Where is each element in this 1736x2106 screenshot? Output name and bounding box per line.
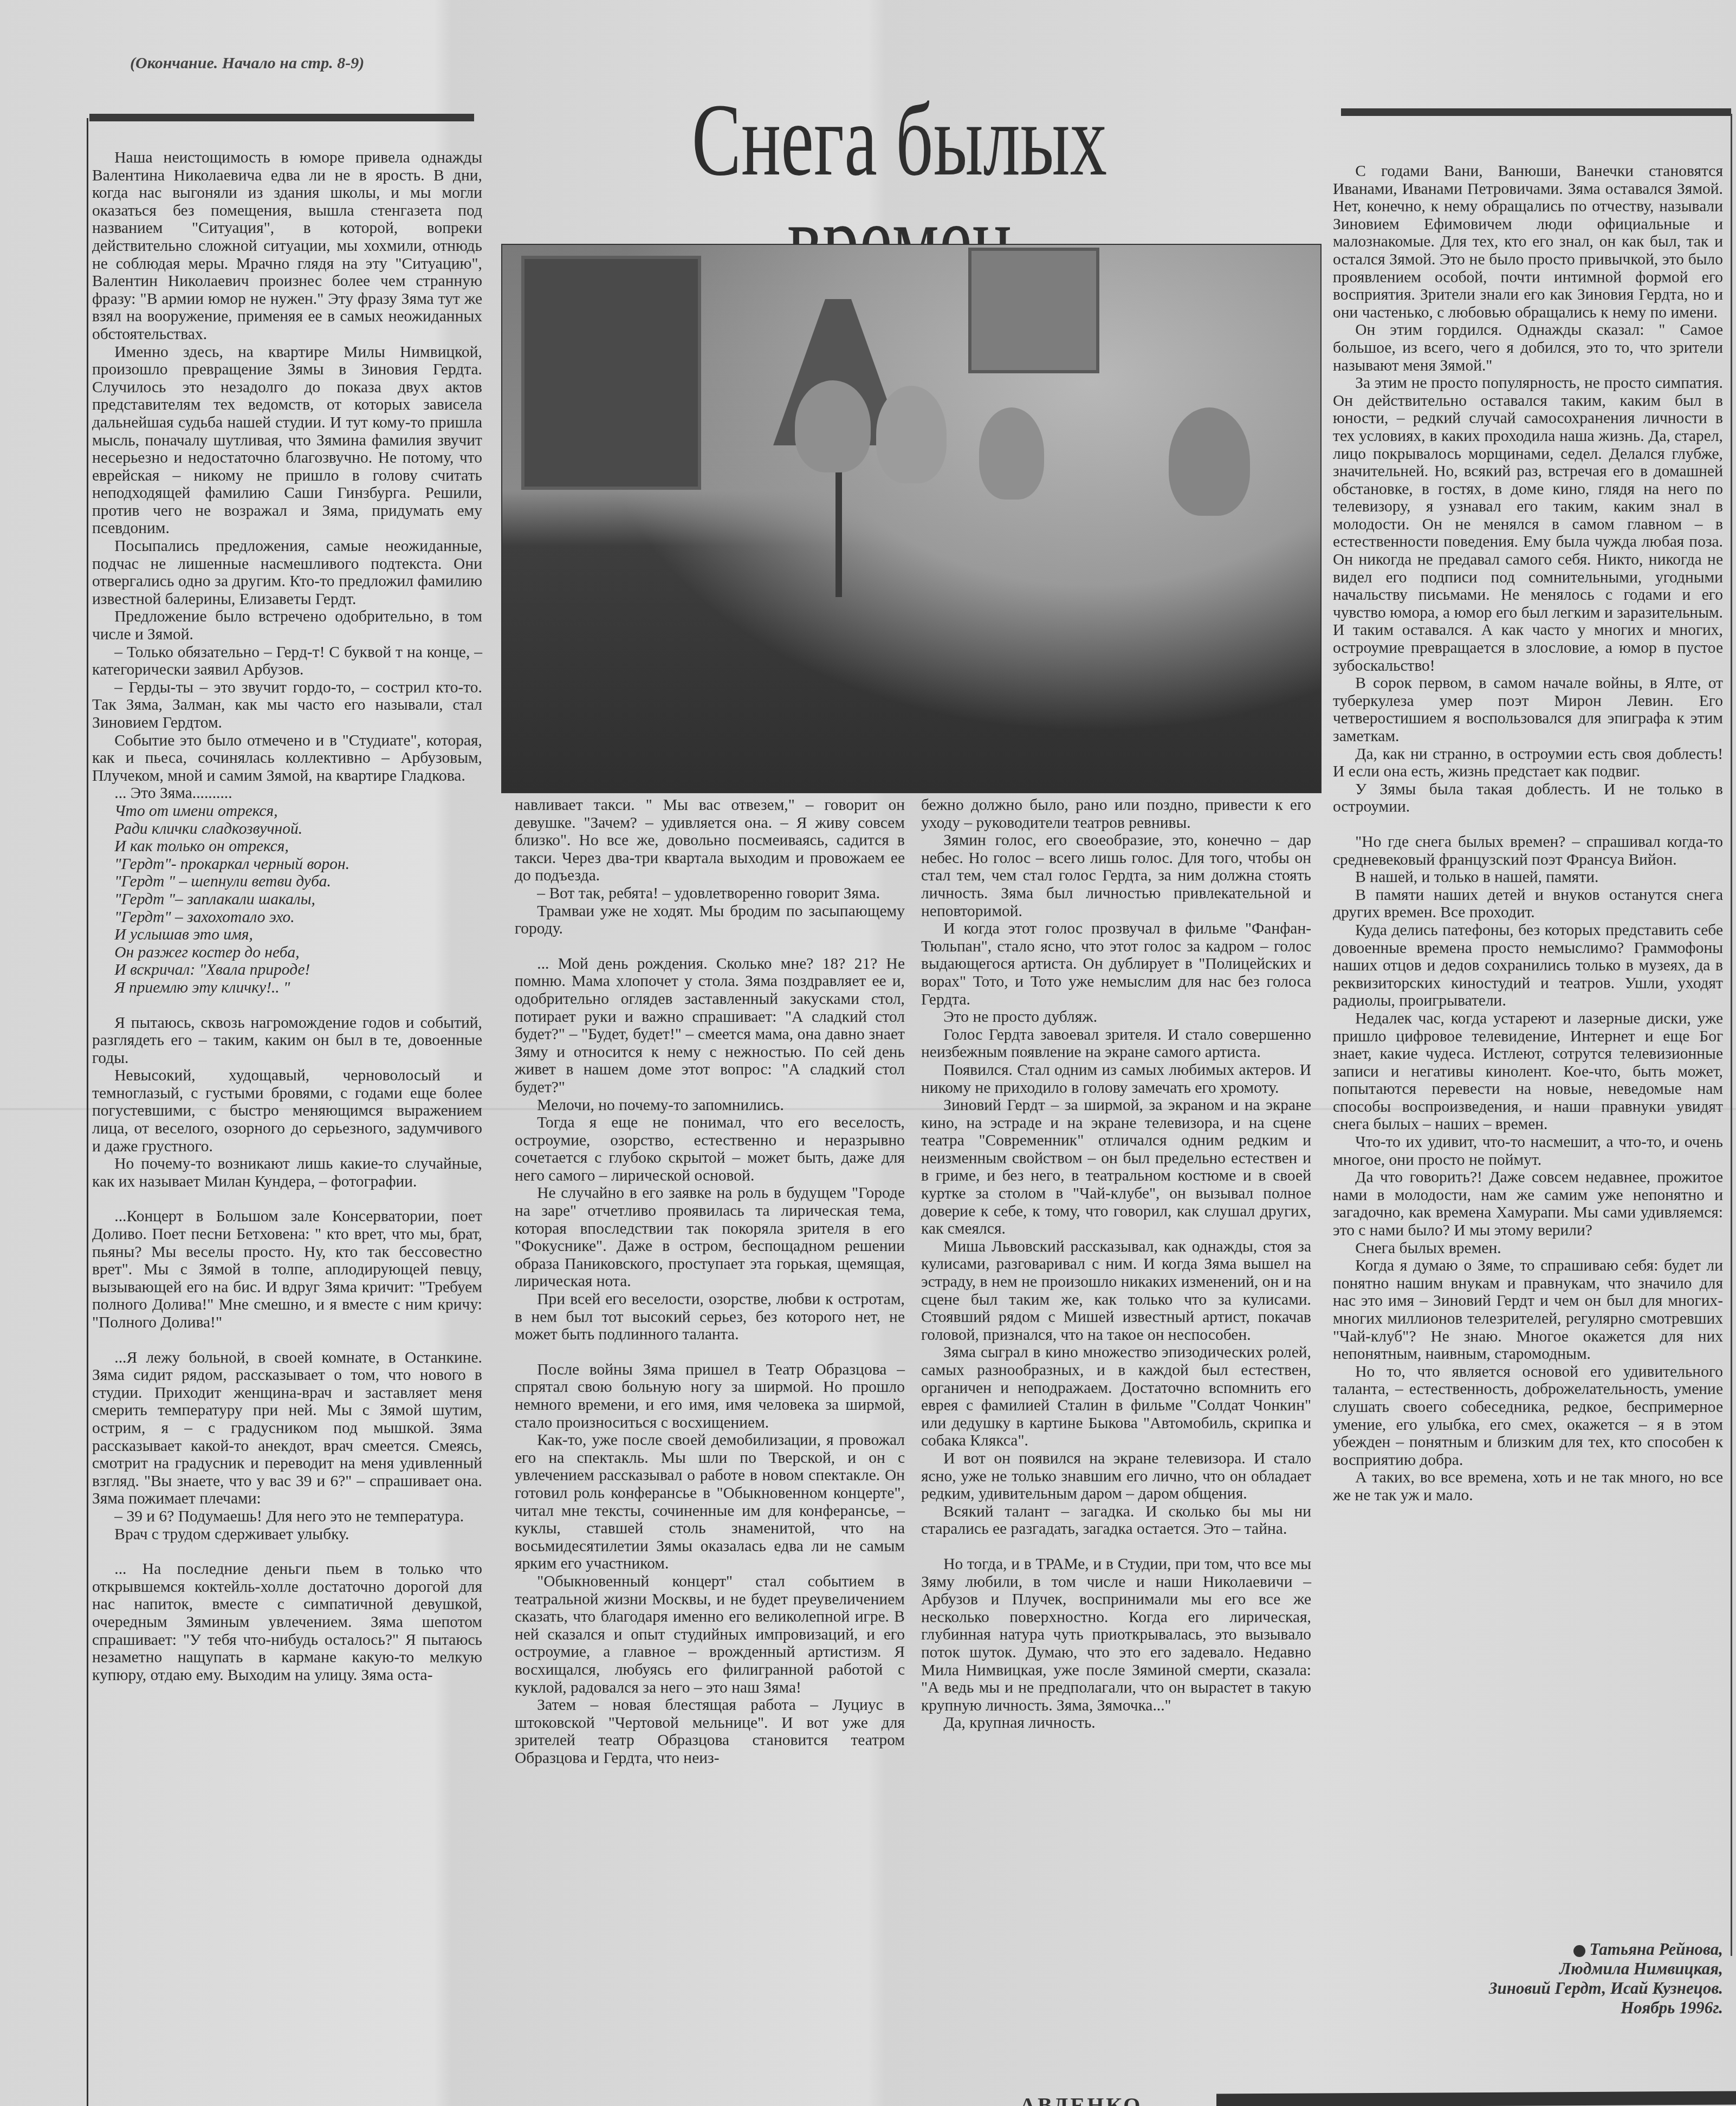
poem-line: "Гердт "– заплакали шакалы, bbox=[114, 891, 482, 909]
poem-line: Что от имени отрекся, bbox=[114, 802, 482, 820]
paragraph: Зямин голос, его своеобразие, это, конеч… bbox=[921, 832, 1311, 920]
paragraph: Как-то, уже после своей демобилизации, я… bbox=[515, 1431, 905, 1573]
signature-line-3: Зиновий Гердт, Исай Кузнецов. bbox=[1387, 1979, 1723, 1998]
paragraph: Да, крупная личность. bbox=[921, 1714, 1311, 1732]
paragraph: Мелочи, но почему-то запомнились. bbox=[515, 1097, 905, 1114]
poem-line: И вскричал: "Хвала природе! bbox=[114, 961, 482, 979]
paragraph: И когда этот голос прозвучал в фильме "Ф… bbox=[921, 920, 1311, 1008]
paragraph: Затем – новая блестящая работа – Луциус … bbox=[515, 1696, 905, 1767]
poem-line: Я приемлю эту кличку!.. " bbox=[114, 979, 482, 997]
article-column-3: бежно должно было, рано или поздно, прив… bbox=[921, 796, 1311, 1732]
paragraph: бежно должно было, рано или поздно, прив… bbox=[921, 796, 1311, 832]
paragraph: – Вот так, ребята! – удовлетворенно гово… bbox=[515, 885, 905, 903]
column-top-bar-left bbox=[89, 114, 474, 121]
paragraph: Но то, что является основой его удивител… bbox=[1333, 1363, 1723, 1469]
paragraph: – Только обязательно – Герд-т! С буквой … bbox=[92, 644, 482, 679]
author-signature: Татьяна Рейнова, Людмила Нимвицкая, Зино… bbox=[1387, 1940, 1723, 2018]
poem-line: "Гердт"- прокаркал черный ворон. bbox=[114, 856, 482, 873]
paragraph: И вот он появился на экране телевизора. … bbox=[921, 1450, 1311, 1503]
paragraph: Зяма сыграл в кино множество эпизодическ… bbox=[921, 1344, 1311, 1450]
paragraph: ... Это Зяма.......... bbox=[92, 785, 482, 802]
paragraph: Событие это было отмечено и в "Студиате"… bbox=[92, 732, 482, 785]
signature-line-1: Татьяна Рейнова, bbox=[1590, 1940, 1723, 1959]
poem-line: И как только он отрекся, bbox=[114, 838, 482, 856]
bullet-icon bbox=[1573, 1945, 1585, 1957]
paragraph: – 39 и 6? Подумаешь! Для него это не тем… bbox=[92, 1508, 482, 1526]
paragraph: Но тогда, и в ТРАМе, и в Студии, при том… bbox=[921, 1556, 1311, 1714]
photo-wall-painting-left bbox=[521, 256, 701, 490]
paragraph: В памяти наших детей и внуков останутся … bbox=[1333, 886, 1723, 922]
paragraph: Зиновий Гердт – за ширмой, за экраном и … bbox=[921, 1097, 1311, 1238]
epigraph-poem: Что от имени отрекся, Ради клички сладко… bbox=[114, 802, 482, 997]
paragraph: Но почему-то возникают лишь какие-то слу… bbox=[92, 1155, 482, 1190]
paragraph: Именно здесь, на квартире Милы Нимвицкой… bbox=[92, 344, 482, 538]
paragraph: А таких, во все времена, хоть и не так м… bbox=[1333, 1469, 1723, 1504]
paragraph: Не случайно в его заявке на роль в будущ… bbox=[515, 1184, 905, 1291]
paragraph: ... Мой день рождения. Сколько мне? 18? … bbox=[515, 955, 905, 1097]
paragraph: За этим не просто популярность, не прост… bbox=[1333, 374, 1723, 675]
paragraph: Врач с трудом сдерживает улыбку. bbox=[92, 1526, 482, 1544]
paragraph: Всякий талант – загадка. И сколько бы мы… bbox=[921, 1503, 1311, 1538]
paragraph: Наша неистощимость в юморе привела однаж… bbox=[92, 149, 482, 344]
poem-line: "Гердт" – захохотало эхо. bbox=[114, 909, 482, 926]
paragraph: ...Концерт в Большом зале Консерватории,… bbox=[92, 1208, 482, 1331]
paragraph: Я пытаюсь, сквозь нагромождение годов и … bbox=[92, 1014, 482, 1067]
photo-person-1 bbox=[795, 380, 871, 472]
paragraph: В нашей, и только в нашей, памяти. bbox=[1333, 869, 1723, 886]
article-column-2: навливает такси. " Мы вас отвезем," – го… bbox=[515, 796, 905, 1767]
poem-line: И услышав это имя, bbox=[114, 926, 482, 944]
paragraph: Трамваи уже не ходят. Мы бродим по засып… bbox=[515, 903, 905, 938]
paragraph: У Зямы была такая доблесть. И не только … bbox=[1333, 781, 1723, 816]
paragraph: Да, как ни странно, в остроумии есть сво… bbox=[1333, 746, 1723, 781]
paragraph: "Обыкновенный концерт" стал событием в т… bbox=[515, 1573, 905, 1696]
next-article-bar bbox=[1216, 2091, 1736, 2106]
paragraph: При всей его веселости, озорстве, любви … bbox=[515, 1291, 905, 1344]
paragraph: Невысокий, худощавый, черноволосый и тем… bbox=[92, 1067, 482, 1155]
title-line-1: Снега былых bbox=[642, 90, 1157, 191]
next-article-fragment: ...АВДЕНКО bbox=[997, 2092, 1142, 2106]
paragraph: Когда я думаю о Зяме, то спрашиваю себя:… bbox=[1333, 1257, 1723, 1363]
photo-person-3 bbox=[979, 407, 1044, 500]
paragraph: Снега былых времен. bbox=[1333, 1240, 1723, 1258]
poem-line: Он разжег костер до неба, bbox=[114, 944, 482, 962]
paragraph: Посыпались предложения, самые неожиданны… bbox=[92, 537, 482, 608]
continued-note: (Окончание. Начало на стр. 8-9) bbox=[130, 54, 364, 73]
paragraph: Это не просто дубляж. bbox=[921, 1008, 1311, 1026]
signature-line-4: Ноябрь 1996г. bbox=[1387, 1998, 1723, 2018]
photo-person-4 bbox=[1169, 407, 1250, 516]
paragraph: навливает такси. " Мы вас отвезем," – го… bbox=[515, 796, 905, 885]
paragraph: – Герды-ты – это звучит гордо-то, – сост… bbox=[92, 679, 482, 732]
paragraph: Что-то их удивит, что-то насмешит, а что… bbox=[1333, 1133, 1723, 1169]
paragraph: Недалек час, когда устареют и лазерные д… bbox=[1333, 1010, 1723, 1133]
paragraph: Куда делись патефоны, без которых предст… bbox=[1333, 922, 1723, 1010]
paragraph: ...Я лежу больной, в своей комнате, в Ос… bbox=[92, 1349, 482, 1508]
article-column-1: Наша неистощимость в юморе привела однаж… bbox=[92, 149, 482, 1684]
column-top-bar-right bbox=[1341, 108, 1731, 116]
paragraph: ... На последние деньги пьем в только чт… bbox=[92, 1560, 482, 1684]
paragraph: "Но где снега былых времен? – спрашивал … bbox=[1333, 833, 1723, 869]
paragraph: С годами Вани, Ванюши, Ванечки становятс… bbox=[1333, 163, 1723, 321]
column-rule-right bbox=[1731, 114, 1732, 1956]
photo-person-2 bbox=[876, 386, 947, 483]
article-column-4: С годами Вани, Ванюши, Ванечки становятс… bbox=[1333, 163, 1723, 1505]
paragraph: Голос Гердта завоевал зрителя. И стало с… bbox=[921, 1026, 1311, 1061]
poem-line: "Гердт " – шепнули ветви дуба. bbox=[114, 873, 482, 891]
photo-wall-painting-right bbox=[968, 248, 1099, 373]
paragraph: После войны Зяма пришел в Театр Образцов… bbox=[515, 1361, 905, 1431]
paragraph: Тогда я еще не понимал, что его веселост… bbox=[515, 1114, 905, 1184]
paragraph: Предложение было встречено одобрительно,… bbox=[92, 608, 482, 643]
paragraph: Да что говорить?! Даже совсем недавнее, … bbox=[1333, 1169, 1723, 1239]
poem-line: Ради клички сладкозвучной. bbox=[114, 820, 482, 838]
paragraph: Миша Львовский рассказывал, как однажды,… bbox=[921, 1238, 1311, 1344]
paragraph: В сорок первом, в самом начале войны, в … bbox=[1333, 675, 1723, 745]
paragraph: Появился. Стал одним из самых любимых ак… bbox=[921, 1061, 1311, 1097]
paragraph: Он этим гордился. Однажды сказал: " Само… bbox=[1333, 321, 1723, 374]
column-rule-left bbox=[87, 118, 88, 2106]
article-photo bbox=[501, 244, 1322, 793]
signature-line-2: Людмила Нимвицкая, bbox=[1387, 1959, 1723, 1979]
